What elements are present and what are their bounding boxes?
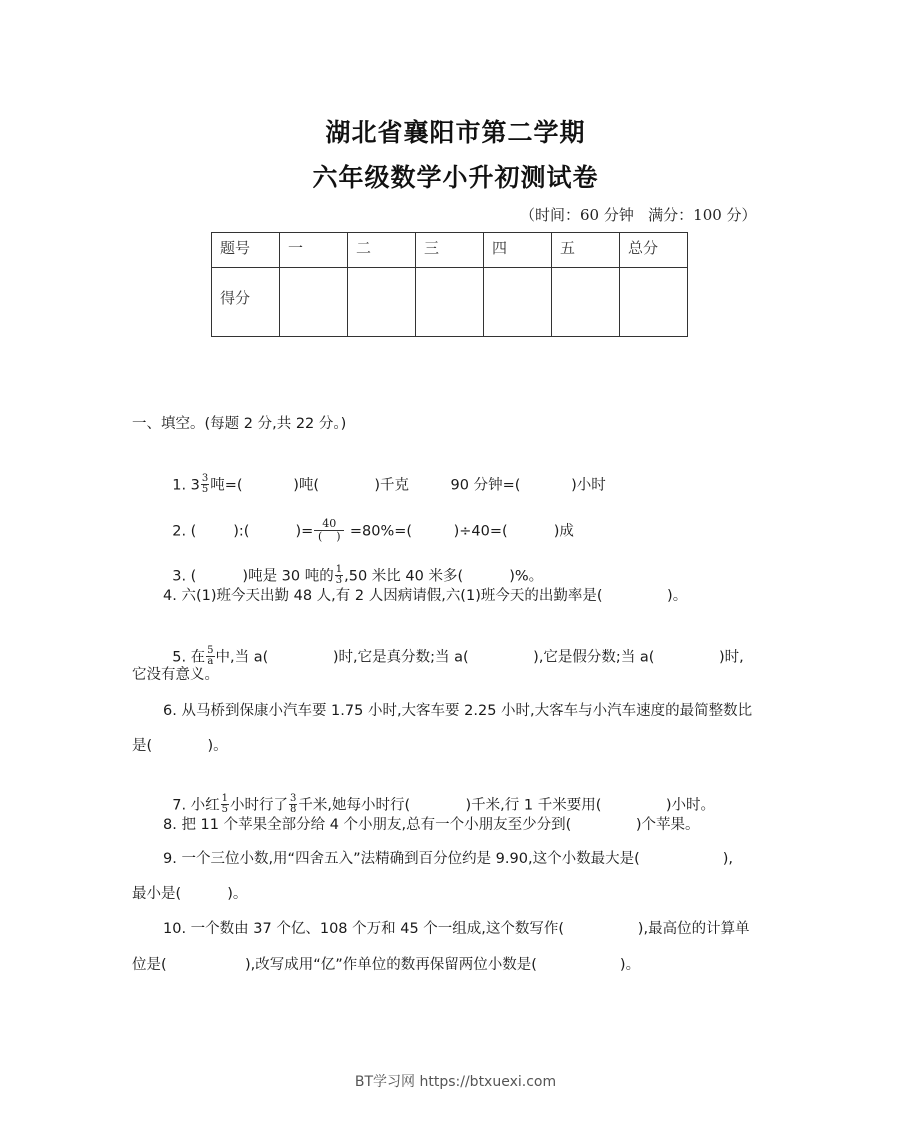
question-9: 9. 一个三位小数,用“四舍五入”法精确到百分位约是 9.90,这个小数最大是(… (163, 849, 733, 869)
score-cell: 五 (552, 233, 620, 268)
footer-watermark: BT学习网 https://btxuexi.com (0, 1071, 911, 1091)
score-cell (416, 268, 484, 337)
q1-rest: 吨=( )吨( )千克 90 分钟=( )小时 (210, 478, 606, 494)
score-table-score-row: 得分 (212, 268, 688, 337)
score-cell: 题号 (212, 233, 280, 268)
section-heading: 一、填空。(每题 2 分,共 22 分。) (132, 414, 346, 434)
exam-title-line2: 六年级数学小升初测试卷 (0, 158, 911, 194)
score-cell: 一 (280, 233, 348, 268)
fraction: 38 (289, 794, 297, 815)
score-cell (280, 268, 348, 337)
question-8: 8. 把 11 个苹果全部分给 4 个小朋友,总有一个小朋友至少分到( )个苹果… (163, 815, 700, 835)
score-cell (552, 268, 620, 337)
question-10-line2: 位是( ),改写成用“亿”作单位的数再保留两位小数是( )。 (132, 955, 640, 975)
fraction: 15 (221, 794, 229, 815)
question-2: 2. ( ):( )=40( ) =80%=( )÷40=( )成 (163, 499, 574, 544)
score-cell (484, 268, 552, 337)
score-cell (348, 268, 416, 337)
question-9-line2: 最小是( )。 (132, 884, 247, 904)
score-cell: 总分 (620, 233, 688, 268)
question-5-line2: 它没有意义。 (132, 665, 219, 685)
question-3: 3. ( )吨是 30 吨的13,50 米比 40 米多( )%。 (163, 546, 543, 587)
score-cell: 二 (348, 233, 416, 268)
fraction: 35 (201, 474, 209, 495)
fraction: 5a (206, 646, 214, 667)
score-cell: 三 (416, 233, 484, 268)
question-7: 7. 小红15小时行了38千米,她每小时行( )千米,行 1 千米要用( )小时… (163, 775, 715, 816)
question-4: 4. 六(1)班今天出勤 48 人,有 2 人因病请假,六(1)班今天的出勤率是… (163, 586, 687, 606)
score-table: 题号 一 二 三 四 五 总分 得分 (211, 232, 688, 337)
fraction: 13 (335, 565, 343, 586)
fraction: 40( ) (314, 518, 344, 543)
score-cell: 四 (484, 233, 552, 268)
exam-meta: （时间：60 分钟 满分：100 分） (520, 204, 757, 225)
question-5: 5. 在5a中,当 a( )时,它是真分数;当 a( ),它是假分数;当 a( … (163, 627, 744, 668)
q1-prefix: 1. 3 (172, 478, 200, 494)
question-6-line2: 是( )。 (132, 736, 228, 756)
score-table-header-row: 题号 一 二 三 四 五 总分 (212, 233, 688, 268)
question-10: 10. 一个数由 37 个亿、108 个万和 45 个一组成,这个数写作( ),… (163, 919, 750, 939)
score-cell: 得分 (212, 268, 280, 337)
exam-title-line1: 湖北省襄阳市第二学期 (0, 113, 911, 149)
question-6: 6. 从马桥到保康小汽车要 1.75 小时,大客车要 2.25 小时,大客车与小… (163, 701, 752, 721)
score-cell (620, 268, 688, 337)
question-1: 1. 335吨=( )吨( )千克 90 分钟=( )小时 (163, 455, 606, 496)
